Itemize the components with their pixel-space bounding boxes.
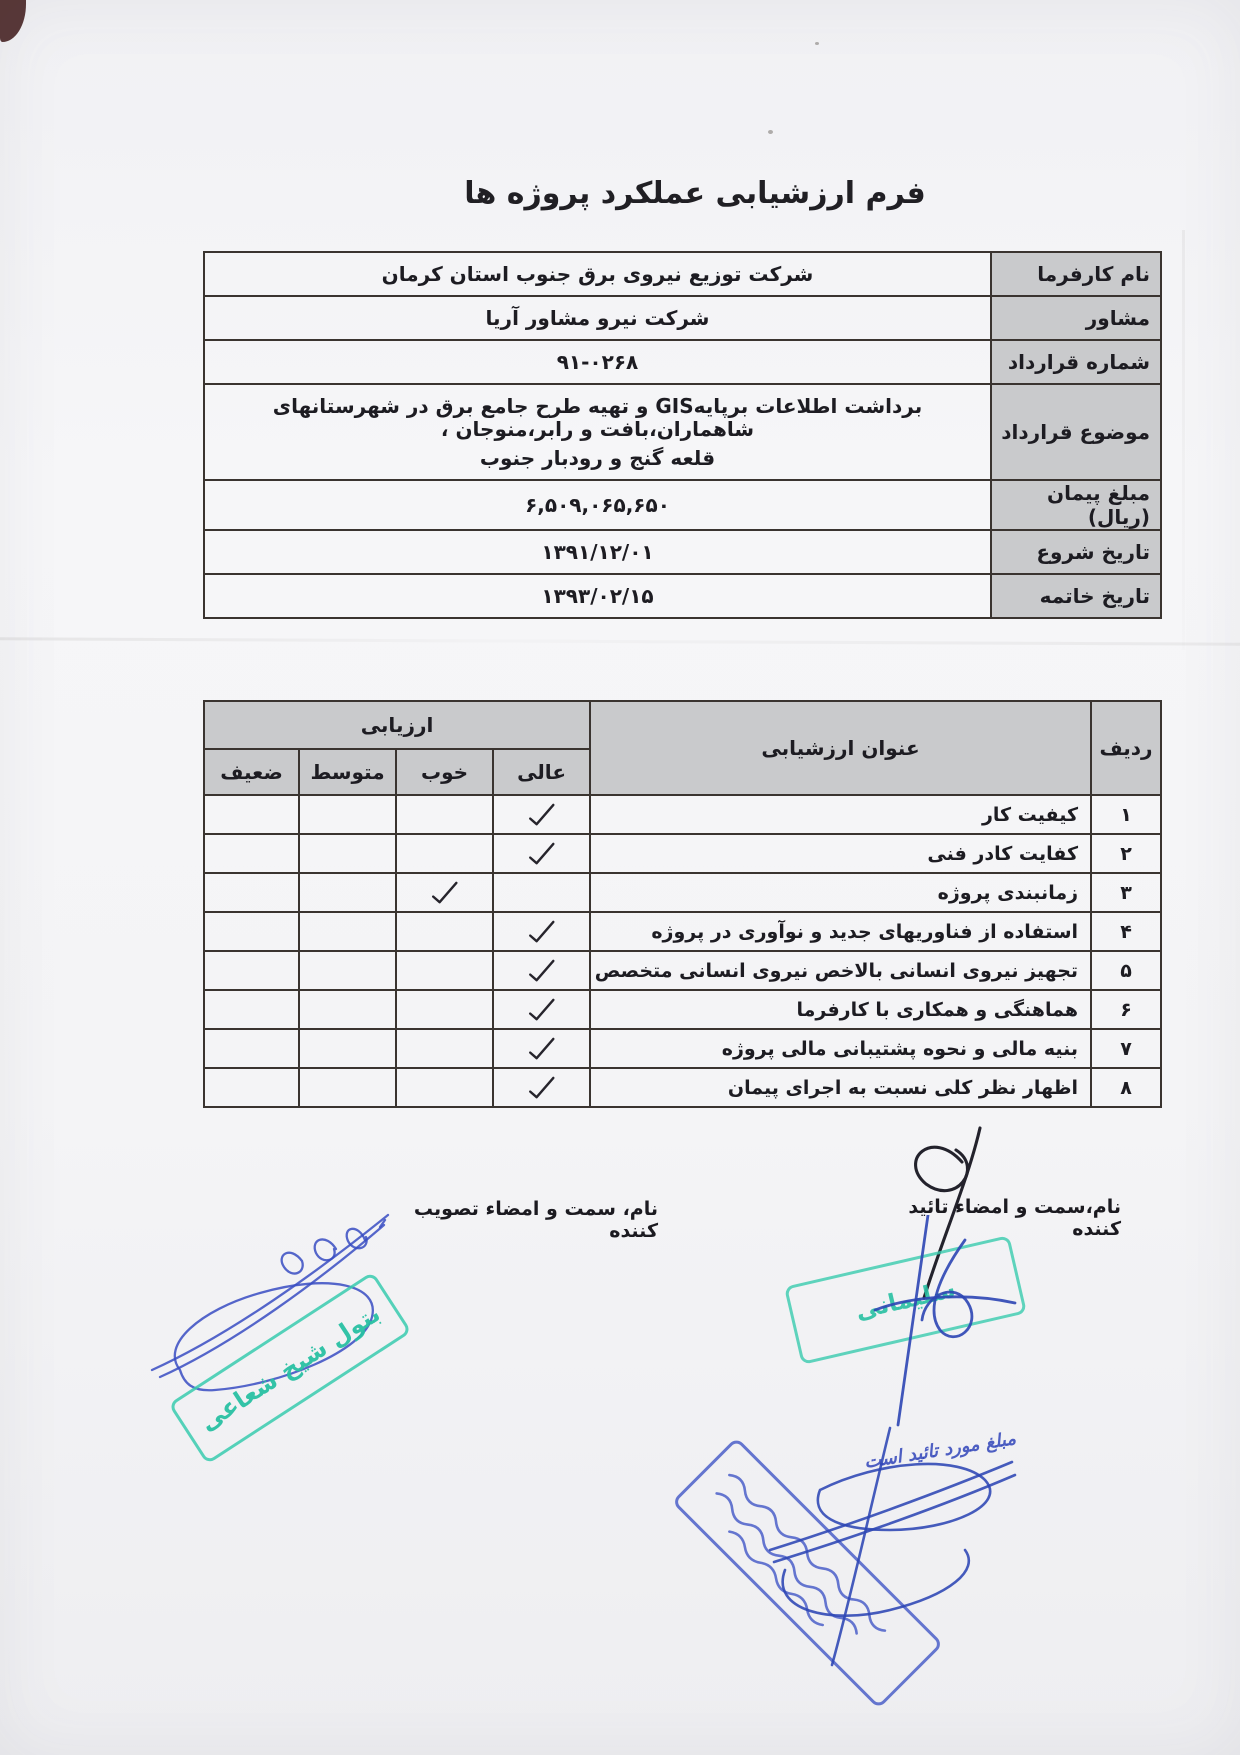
scanned-evaluation-form: فرم ارزشیابی عملکرد پروژه ها نام کارفرما… — [0, 0, 1240, 1755]
approver-label: نام، سمت و امضاء تصویب کننده — [398, 1198, 658, 1242]
form-title: فرم ارزشیابی عملکرد پروژه ها — [200, 176, 1190, 211]
rating-cell — [493, 912, 590, 951]
rating-cell — [299, 990, 396, 1029]
info-row: تاریخ شروع۱۳۹۱/۱۲/۰۱ — [204, 530, 1161, 574]
eval-header-group: ارزیابی — [204, 701, 590, 749]
eval-row-title: هماهنگی و همکاری با کارفرما — [590, 990, 1091, 1029]
rating-cell — [396, 1068, 493, 1107]
rating-cell — [299, 1068, 396, 1107]
checkmark-icon — [428, 879, 462, 905]
eval-header-title: عنوان ارزشیابی — [590, 701, 1091, 795]
rating-cell — [396, 990, 493, 1029]
info-row-label: تاریخ خاتمه — [991, 574, 1161, 618]
eval-header-good: خوب — [396, 749, 493, 795]
rating-cell — [493, 1068, 590, 1107]
checkmark-icon — [525, 957, 559, 983]
rating-cell — [493, 795, 590, 834]
info-row: نام کارفرماشرکت توزیع نیروی برق جنوب است… — [204, 252, 1161, 296]
scan-corner-artifact — [0, 0, 26, 42]
rating-cell — [396, 834, 493, 873]
info-row-label: مشاور — [991, 296, 1161, 340]
eval-row-title: کیفیت کار — [590, 795, 1091, 834]
info-row-value: ۱۳۹۳/۰۲/۱۵ — [204, 574, 991, 618]
info-row-value: ۶,۵۰۹,۰۶۵,۶۵۰ — [204, 480, 991, 530]
rating-cell — [204, 834, 299, 873]
info-row-label: تاریخ شروع — [991, 530, 1161, 574]
evaluation-table: ردیف عنوان ارزشیابی ارزیابی عالی خوب متو… — [203, 700, 1162, 1108]
eval-row: ۸اظهار نظر کلی نسبت به اجرای پیمان — [204, 1068, 1161, 1107]
eval-row: ۳زمانبندی پروژه — [204, 873, 1161, 912]
eval-row-title: زمانبندی پروژه — [590, 873, 1091, 912]
eval-row-number: ۷ — [1091, 1029, 1161, 1068]
info-table-body: نام کارفرماشرکت توزیع نیروی برق جنوب است… — [204, 252, 1161, 618]
eval-row-number: ۳ — [1091, 873, 1161, 912]
rating-cell — [493, 951, 590, 990]
rating-cell — [204, 951, 299, 990]
eval-row-number: ۴ — [1091, 912, 1161, 951]
info-row-value: شرکت نیرو مشاور آریا — [204, 296, 991, 340]
info-row: موضوع قراردادبرداشت اطلاعات برپایهGIS و … — [204, 384, 1161, 480]
eval-row: ۴استفاده از فناوریهای جدید و نوآوری در پ… — [204, 912, 1161, 951]
info-row: تاریخ خاتمه۱۳۹۳/۰۲/۱۵ — [204, 574, 1161, 618]
rating-cell — [299, 795, 396, 834]
rating-cell — [396, 873, 493, 912]
rating-cell — [299, 873, 396, 912]
eval-row-number: ۱ — [1091, 795, 1161, 834]
rating-cell — [493, 873, 590, 912]
rating-cell — [396, 912, 493, 951]
rating-cell — [299, 1029, 396, 1068]
contract-info-table: نام کارفرماشرکت توزیع نیروی برق جنوب است… — [203, 251, 1162, 619]
paper-crease-vertical — [1182, 230, 1185, 650]
info-row-label: نام کارفرما — [991, 252, 1161, 296]
eval-table-body: ۱کیفیت کار ۲کفایت کادر فنی ۳زمانبندی پرو… — [204, 795, 1161, 1107]
eval-header-medium: متوسط — [299, 749, 396, 795]
eval-row-title: اظهار نظر کلی نسبت به اجرای پیمان — [590, 1068, 1091, 1107]
checkmark-icon — [525, 918, 559, 944]
rating-cell — [493, 1029, 590, 1068]
info-row-value: شرکت توزیع نیروی برق جنوب استان کرمان — [204, 252, 991, 296]
rating-cell — [204, 795, 299, 834]
rating-cell — [204, 873, 299, 912]
info-row-label: موضوع قرارداد — [991, 384, 1161, 480]
rating-cell — [396, 1029, 493, 1068]
rating-cell — [299, 951, 396, 990]
eval-row-number: ۶ — [1091, 990, 1161, 1029]
info-row: مبلغ پیمان (ریال)۶,۵۰۹,۰۶۵,۶۵۰ — [204, 480, 1161, 530]
info-row: مشاورشرکت نیرو مشاور آریا — [204, 296, 1161, 340]
verifier-signature-blue — [870, 1215, 1020, 1430]
info-row-value: برداشت اطلاعات برپایهGIS و تهیه طرح جامع… — [204, 384, 991, 480]
rating-cell — [299, 834, 396, 873]
eval-row: ۷بنیه مالی و نحوه پشتیبانی مالی پروژه — [204, 1029, 1161, 1068]
checkmark-icon — [525, 996, 559, 1022]
rating-cell — [396, 795, 493, 834]
checkmark-icon — [525, 840, 559, 866]
info-row-label: مبلغ پیمان (ریال) — [991, 480, 1161, 530]
rating-cell — [204, 1068, 299, 1107]
eval-row-number: ۵ — [1091, 951, 1161, 990]
checkmark-icon — [525, 801, 559, 827]
info-row-label: شماره قرارداد — [991, 340, 1161, 384]
eval-row-number: ۲ — [1091, 834, 1161, 873]
rating-cell — [204, 990, 299, 1029]
eval-row: ۲کفایت کادر فنی — [204, 834, 1161, 873]
eval-header-weak: ضعیف — [204, 749, 299, 795]
eval-row-number: ۸ — [1091, 1068, 1161, 1107]
info-row: شماره قرارداد۹۱-۰۲۶۸ — [204, 340, 1161, 384]
eval-header-row-number: ردیف — [1091, 701, 1161, 795]
paper-crease-horizontal — [0, 637, 1240, 645]
rating-cell — [204, 1029, 299, 1068]
rating-cell — [204, 912, 299, 951]
info-row-value: ۱۳۹۱/۱۲/۰۱ — [204, 530, 991, 574]
eval-row-title: بنیه مالی و نحوه پشتیبانی مالی پروژه — [590, 1029, 1091, 1068]
rating-cell — [396, 951, 493, 990]
info-row-value: ۹۱-۰۲۶۸ — [204, 340, 991, 384]
checkmark-icon — [525, 1074, 559, 1100]
eval-row: ۶هماهنگی و همکاری با کارفرما — [204, 990, 1161, 1029]
eval-row: ۵تجهیز نیروی انسانی بالاخص نیروی انسانی … — [204, 951, 1161, 990]
rating-cell — [493, 990, 590, 1029]
scan-speck — [768, 130, 773, 134]
rating-cell — [299, 912, 396, 951]
scan-speck — [815, 42, 819, 45]
eval-row: ۱کیفیت کار — [204, 795, 1161, 834]
eval-header-excellent: عالی — [493, 749, 590, 795]
rating-cell — [493, 834, 590, 873]
checkmark-icon — [525, 1035, 559, 1061]
eval-row-title: کفایت کادر فنی — [590, 834, 1091, 873]
eval-row-title: تجهیز نیروی انسانی بالاخص نیروی انسانی م… — [590, 951, 1091, 990]
eval-row-title: استفاده از فناوریهای جدید و نوآوری در پر… — [590, 912, 1091, 951]
